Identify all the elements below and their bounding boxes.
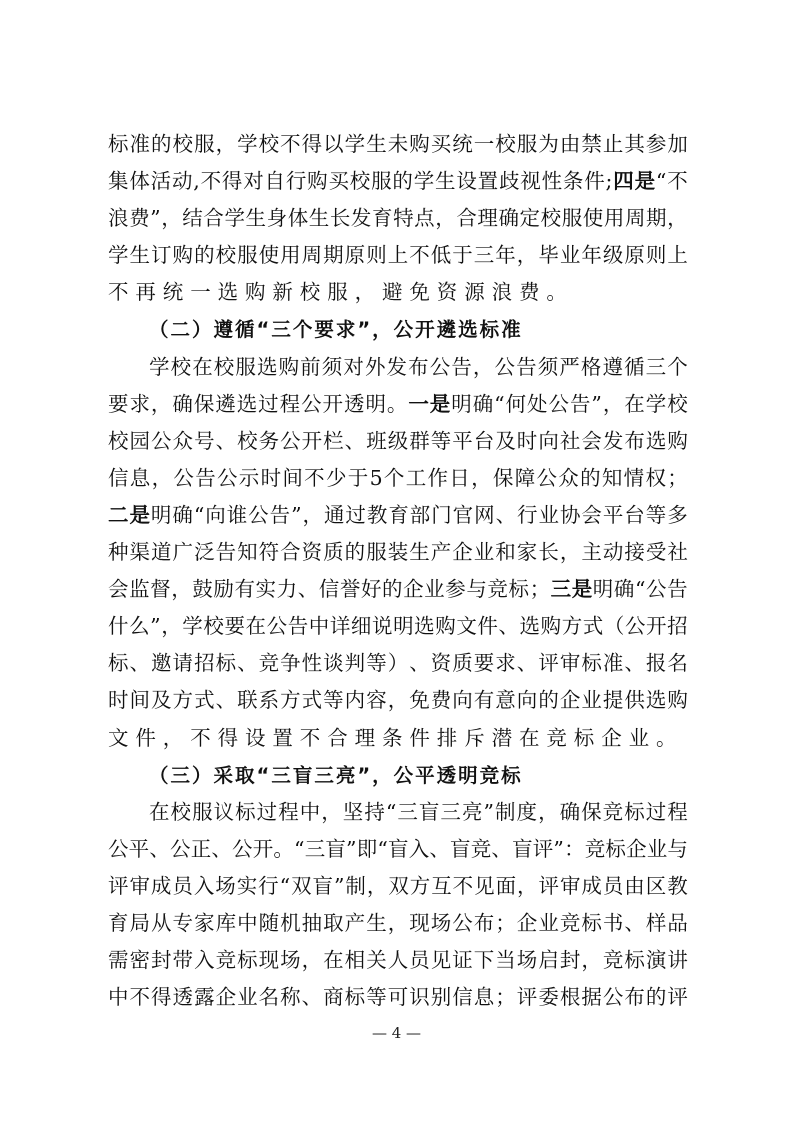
text-line: 学生订购的校服使用周期原则上不低于三年，毕业年级原则上	[108, 237, 688, 274]
page-number: — 4 —	[0, 1024, 793, 1042]
text-line: 什么”，学校要在公告中详细说明选购文件、选购方式（公开招	[108, 608, 688, 645]
text-line: 要求，确保遴选过程公开透明。一是明确“何处公告”，在学校	[108, 386, 688, 423]
text-line: 文件，不得设置不合理条件排斥潜在竞标企业。	[108, 720, 688, 757]
text-line: 公平、公正、公开。“三盲”即“盲入、盲竞、盲评”：竞标企业与	[108, 831, 688, 868]
text-line: 集体活动,不得对自行购买校服的学生设置歧视性条件;四是“不	[108, 163, 688, 200]
text-line: 在校服议标过程中，坚持“三盲三亮”制度，确保竞标过程	[108, 794, 688, 831]
text-line: 信息，公告公示时间不少于5个工作日，保障公众的知情权；	[108, 460, 688, 497]
text-line: 评审成员入场实行“双盲”制，双方互不见面，评审成员由区教	[108, 868, 688, 905]
text-line: 浪费”，结合学生身体生长发育特点，合理确定校服使用周期，	[108, 200, 688, 237]
document-page: 标准的校服，学校不得以学生未购买统一校服为由禁止其参加集体活动,不得对自行购买校…	[108, 126, 688, 1016]
text-line: 中不得透露企业名称、商标等可识别信息；评委根据公布的评	[108, 979, 688, 1016]
section-heading: （二）遵循“三个要求”，公开遴选标准	[108, 311, 688, 348]
text-line: 二是明确“向谁公告”，通过教育部门官网、行业协会平台等多	[108, 497, 688, 534]
text-line: 会监督，鼓励有实力、信誉好的企业参与竞标；三是明确“公告	[108, 571, 688, 608]
text-line: 育局从专家库中随机抽取产生，现场公布；企业竞标书、样品	[108, 905, 688, 942]
text-line: 标、邀请招标、竞争性谈判等）、资质要求、评审标准、报名	[108, 645, 688, 682]
text-line: 学校在校服选购前须对外发布公告，公告须严格遵循三个	[108, 349, 688, 386]
text-line: 种渠道广泛告知符合资质的服装生产企业和家长，主动接受社	[108, 534, 688, 571]
text-line: 时间及方式、联系方式等内容，免费向有意向的企业提供选购	[108, 682, 688, 719]
text-line: 需密封带入竞标现场，在相关人员见证下当场启封，竞标演讲	[108, 942, 688, 979]
text-line: 不再统一选购新校服，避免资源浪费。	[108, 274, 688, 311]
section-heading: （三）采取“三盲三亮”，公平透明竞标	[108, 757, 688, 794]
text-line: 标准的校服，学校不得以学生未购买统一校服为由禁止其参加	[108, 126, 688, 163]
text-line: 校园公众号、校务公开栏、班级群等平台及时向社会发布选购	[108, 423, 688, 460]
